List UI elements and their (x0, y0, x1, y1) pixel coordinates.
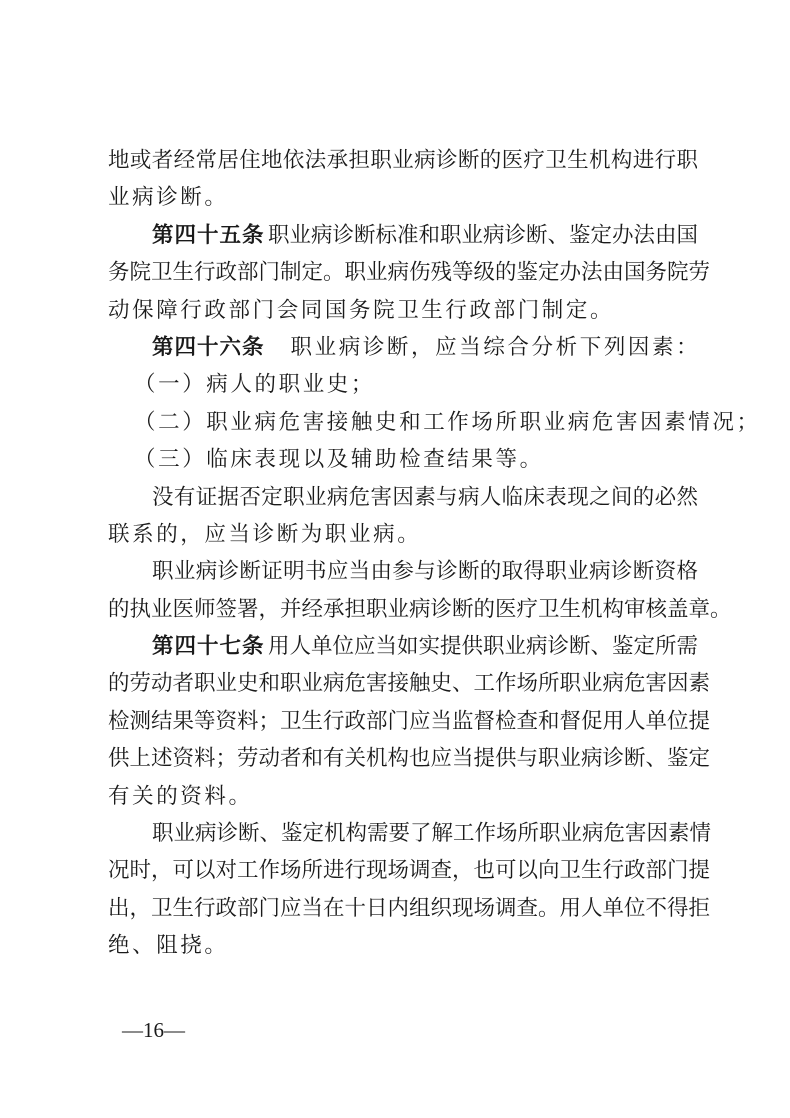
text-line: 地或者经常居住地依法承担职业病诊断的医疗卫生机构进行职 (108, 142, 698, 179)
document-body: 地或者经常居住地依法承担职业病诊断的医疗卫生机构进行职 业病诊断。 第四十五条 … (108, 142, 698, 965)
article-46: 第四十六条职业病诊断，应当综合分析下列因素： (108, 329, 698, 366)
text-line: 务院卫生行政部门制定。职业病伤残等级的鉴定办法由国务院劳 (108, 254, 698, 291)
text-line: 联系的，应当诊断为职业病。 (108, 516, 698, 553)
list-item: （二）职业病危害接触史和工作场所职业病危害因素情况； (108, 404, 698, 441)
text-line: 没有证据否定职业病危害因素与病人临床表现之间的必然 (108, 479, 698, 516)
article-47: 第四十七条 用人单位应当如实提供职业病诊断、鉴定所需 (108, 628, 698, 665)
text-line: 业病诊断。 (108, 179, 698, 216)
text-line: 有关的资料。 (108, 778, 698, 815)
text-line: 况时，可以对工作场所进行现场调查，也可以向卫生行政部门提 (108, 852, 698, 889)
list-item: （一）病人的职业史； (108, 366, 698, 403)
text-line: 动保障行政部门会同国务院卫生行政部门制定。 (108, 292, 698, 329)
text-line: 绝、阻挠。 (108, 927, 698, 964)
article-heading: 第四十七条 (152, 628, 265, 665)
article-45: 第四十五条 职业病诊断标准和职业病诊断、鉴定办法由国 (108, 217, 698, 254)
text-line: 的劳动者职业史和职业病危害接触史、工作场所职业病危害因素 (108, 665, 698, 702)
page-number: —16— (122, 1018, 185, 1043)
text-line: 供上述资料；劳动者和有关机构也应当提供与职业病诊断、鉴定 (108, 740, 698, 777)
text-line: 职业病诊断证明书应当由参与诊断的取得职业病诊断资格 (108, 553, 698, 590)
text-line: 的执业医师签署，并经承担职业病诊断的医疗卫生机构审核盖章。 (108, 591, 698, 628)
text-line: 职业病诊断标准和职业病诊断、鉴定办法由国 (268, 217, 698, 254)
text-line: 职业病诊断，应当综合分析下列因素： (291, 335, 701, 360)
text-line: 检测结果等资料；卫生行政部门应当监督检查和督促用人单位提 (108, 703, 698, 740)
text-line: 出，卫生行政部门应当在十日内组织现场调查。用人单位不得拒 (108, 890, 698, 927)
list-item: （三）临床表现以及辅助检查结果等。 (108, 441, 698, 478)
text-line: 职业病诊断、鉴定机构需要了解工作场所职业病危害因素情 (108, 815, 698, 852)
article-heading: 第四十五条 (152, 217, 265, 254)
article-heading: 第四十六条 (152, 335, 265, 360)
text-line: 用人单位应当如实提供职业病诊断、鉴定所需 (268, 628, 698, 665)
